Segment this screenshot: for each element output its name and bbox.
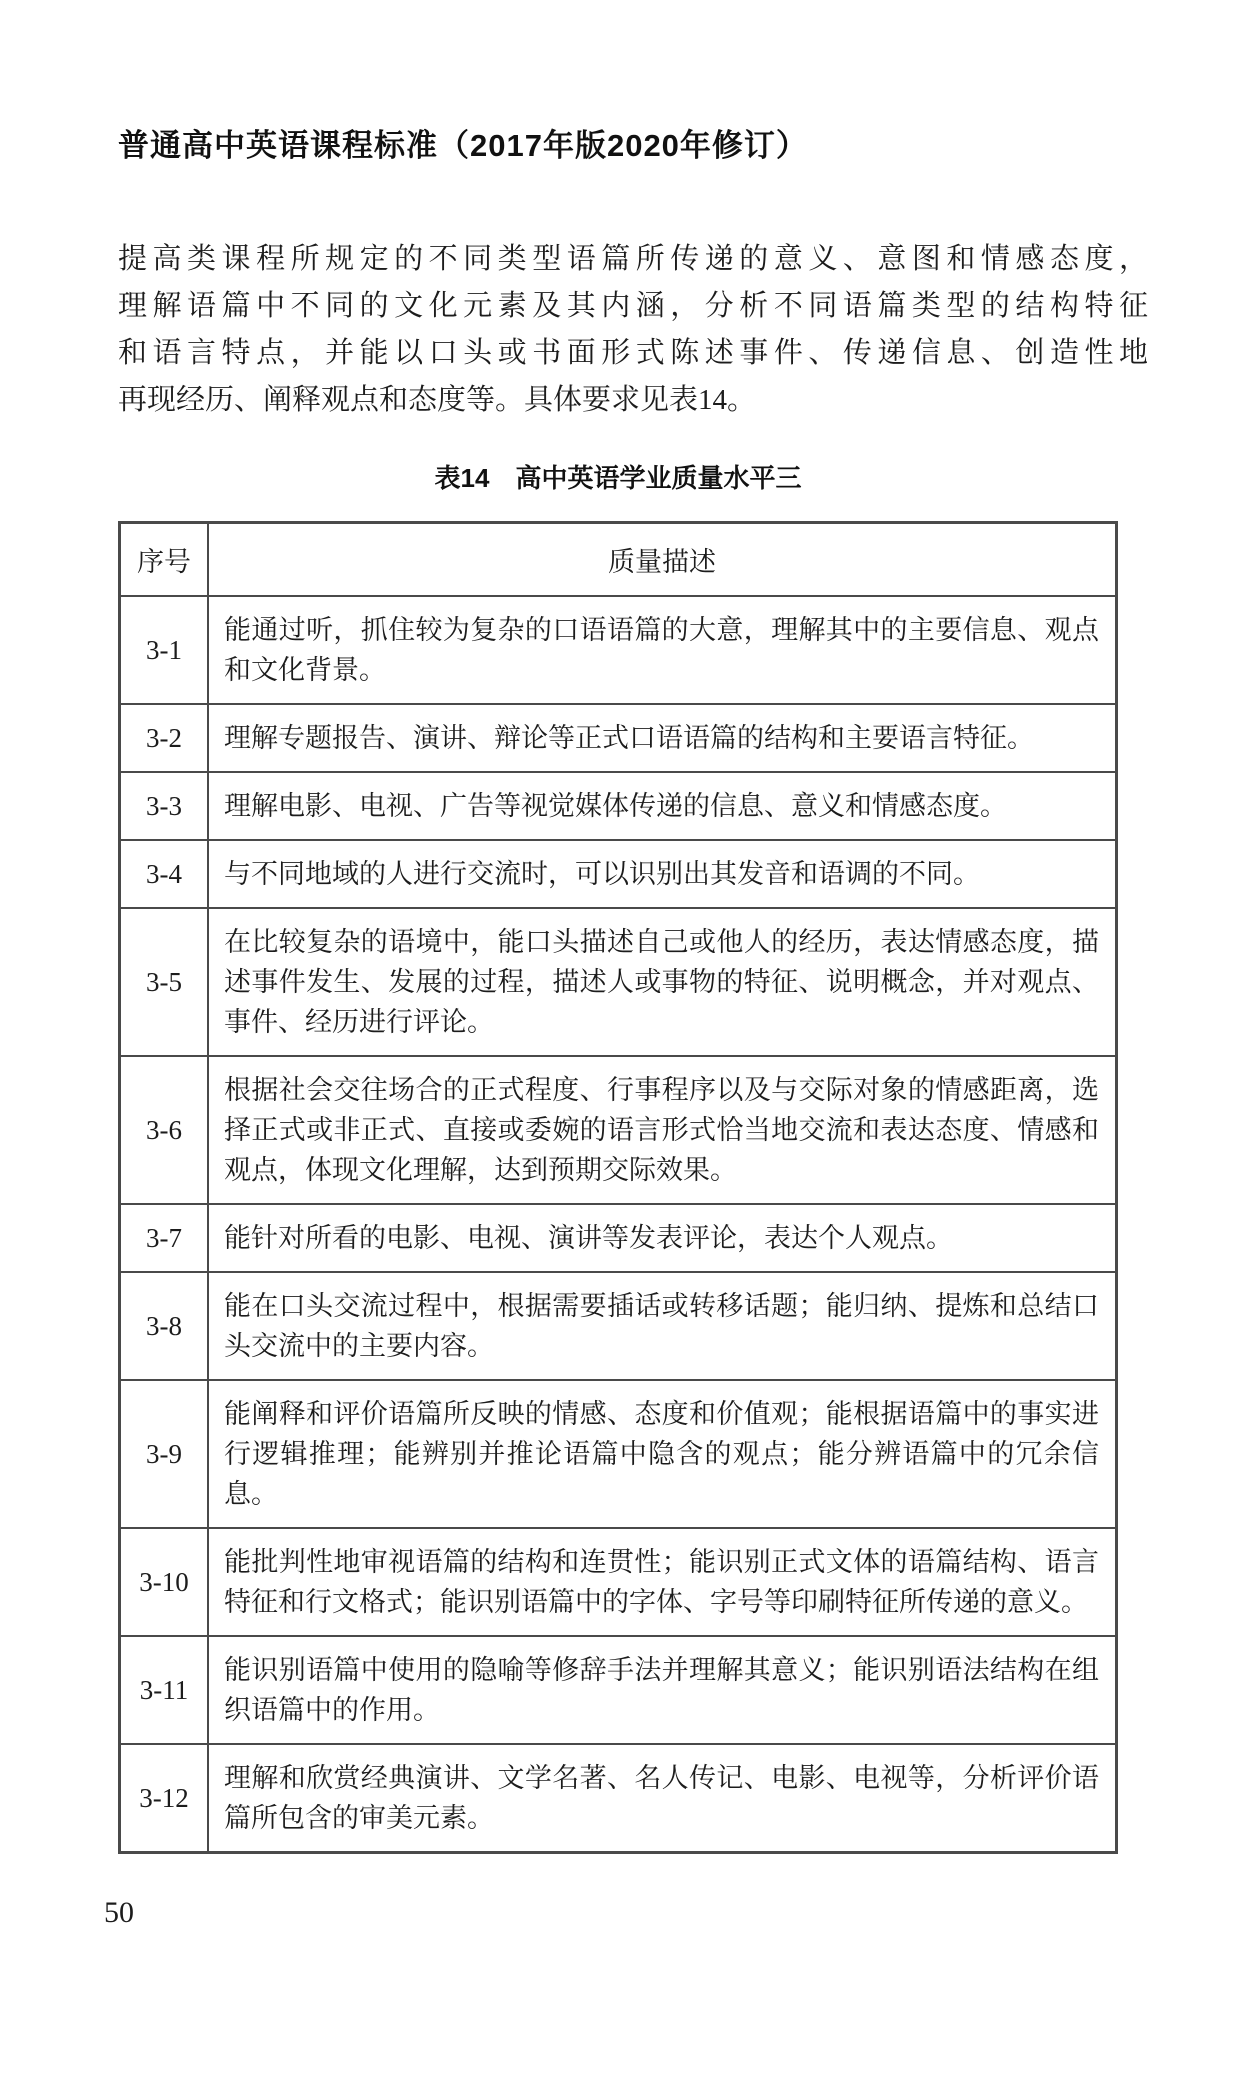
body-paragraph: 提高类课程所规定的不同类型语篇所传递的意义、意图和情感态度， 理解语篇中不同的文… — [118, 236, 1148, 424]
table-row: 3-3 理解电影、电视、广告等视觉媒体传递的信息、意义和情感态度。 — [120, 772, 1117, 840]
row-id-cell: 3-7 — [120, 1204, 209, 1272]
row-id-cell: 3-8 — [120, 1272, 209, 1380]
row-id-cell: 3-4 — [120, 840, 209, 908]
table-row: 3-9 能阐释和评价语篇所反映的情感、态度和价值观；能根据语篇中的事实进行逻辑推… — [120, 1380, 1117, 1528]
table-row: 3-6 根据社会交往场合的正式程度、行事程序以及与交际对象的情感距离，选择正式或… — [120, 1056, 1117, 1204]
row-id-cell: 3-5 — [120, 908, 209, 1056]
table-row: 3-10 能批判性地审视语篇的结构和连贯性；能识别正式文体的语篇结构、语言特征和… — [120, 1528, 1117, 1636]
column-header-description: 质量描述 — [208, 523, 1117, 597]
table-header-row: 序号 质量描述 — [120, 523, 1117, 597]
table-caption: 表14 高中英语学业质量水平三 — [118, 458, 1118, 495]
table-row: 3-1 能通过听，抓住较为复杂的口语语篇的大意，理解其中的主要信息、观点和文化背… — [120, 596, 1117, 704]
row-desc-cell: 能在口头交流过程中，根据需要插话或转移话题；能归纳、提炼和总结口头交流中的主要内… — [208, 1272, 1117, 1380]
page-content: 普通高中英语课程标准（2017年版2020年修订） 提高类课程所规定的不同类型语… — [118, 0, 1148, 1930]
document-header-title: 普通高中英语课程标准（2017年版2020年修订） — [118, 126, 1148, 166]
paragraph-line: 提高类课程所规定的不同类型语篇所传递的意义、意图和情感态度， — [118, 236, 1148, 283]
column-header-id: 序号 — [120, 523, 209, 597]
row-desc-cell: 能通过听，抓住较为复杂的口语语篇的大意，理解其中的主要信息、观点和文化背景。 — [208, 596, 1117, 704]
row-id-cell: 3-1 — [120, 596, 209, 704]
table-row: 3-8 能在口头交流过程中，根据需要插话或转移话题；能归纳、提炼和总结口头交流中… — [120, 1272, 1117, 1380]
page-number: 50 — [104, 1896, 1148, 1930]
table-row: 3-5 在比较复杂的语境中，能口头描述自己或他人的经历，表达情感态度，描述事件发… — [120, 908, 1117, 1056]
row-desc-cell: 理解专题报告、演讲、辩论等正式口语语篇的结构和主要语言特征。 — [208, 704, 1117, 772]
table-row: 3-11 能识别语篇中使用的隐喻等修辞手法并理解其意义；能识别语法结构在组织语篇… — [120, 1636, 1117, 1744]
table-row: 3-12 理解和欣赏经典演讲、文学名著、名人传记、电影、电视等，分析评价语篇所包… — [120, 1744, 1117, 1853]
row-desc-cell: 在比较复杂的语境中，能口头描述自己或他人的经历，表达情感态度，描述事件发生、发展… — [208, 908, 1117, 1056]
table-row: 3-7 能针对所看的电影、电视、演讲等发表评论，表达个人观点。 — [120, 1204, 1117, 1272]
quality-table: 序号 质量描述 3-1 能通过听，抓住较为复杂的口语语篇的大意，理解其中的主要信… — [118, 521, 1118, 1854]
table-row: 3-2 理解专题报告、演讲、辩论等正式口语语篇的结构和主要语言特征。 — [120, 704, 1117, 772]
row-desc-cell: 能阐释和评价语篇所反映的情感、态度和价值观；能根据语篇中的事实进行逻辑推理；能辨… — [208, 1380, 1117, 1528]
row-id-cell: 3-11 — [120, 1636, 209, 1744]
row-id-cell: 3-2 — [120, 704, 209, 772]
row-desc-cell: 理解和欣赏经典演讲、文学名著、名人传记、电影、电视等，分析评价语篇所包含的审美元… — [208, 1744, 1117, 1853]
row-desc-cell: 能针对所看的电影、电视、演讲等发表评论，表达个人观点。 — [208, 1204, 1117, 1272]
row-id-cell: 3-3 — [120, 772, 209, 840]
table-row: 3-4 与不同地域的人进行交流时，可以识别出其发音和语调的不同。 — [120, 840, 1117, 908]
row-id-cell: 3-10 — [120, 1528, 209, 1636]
row-id-cell: 3-12 — [120, 1744, 209, 1853]
row-desc-cell: 理解电影、电视、广告等视觉媒体传递的信息、意义和情感态度。 — [208, 772, 1117, 840]
row-desc-cell: 根据社会交往场合的正式程度、行事程序以及与交际对象的情感距离，选择正式或非正式、… — [208, 1056, 1117, 1204]
row-desc-cell: 与不同地域的人进行交流时，可以识别出其发音和语调的不同。 — [208, 840, 1117, 908]
row-desc-cell: 能识别语篇中使用的隐喻等修辞手法并理解其意义；能识别语法结构在组织语篇中的作用。 — [208, 1636, 1117, 1744]
paragraph-line: 理解语篇中不同的文化元素及其内涵，分析不同语篇类型的结构特征 — [118, 283, 1148, 330]
row-desc-cell: 能批判性地审视语篇的结构和连贯性；能识别正式文体的语篇结构、语言特征和行文格式；… — [208, 1528, 1117, 1636]
row-id-cell: 3-9 — [120, 1380, 209, 1528]
paragraph-line: 再现经历、阐释观点和态度等。具体要求见表14。 — [118, 377, 1148, 424]
paragraph-line: 和语言特点，并能以口头或书面形式陈述事件、传递信息、创造性地 — [118, 330, 1148, 377]
row-id-cell: 3-6 — [120, 1056, 209, 1204]
